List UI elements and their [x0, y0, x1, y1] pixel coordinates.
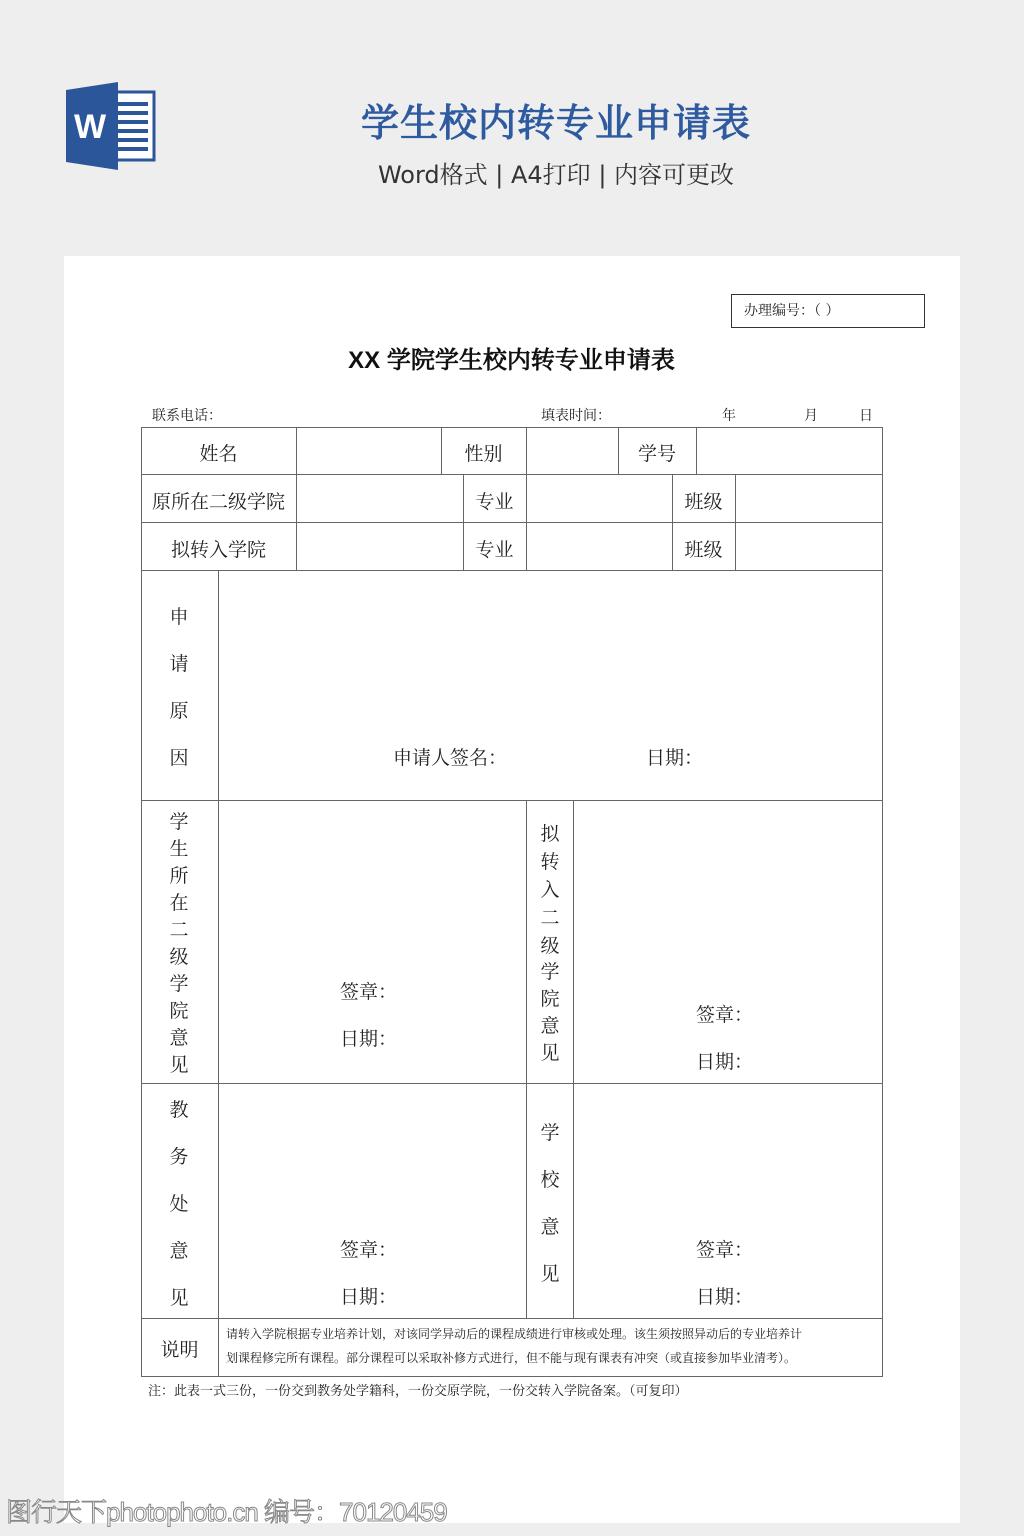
watermark: 图行天下photophoto.cn 编号：70120459: [6, 1492, 447, 1529]
document-title: XX 学院学生校内转专业申请表: [141, 340, 882, 375]
notes-label: 说明: [141, 1335, 218, 1362]
origin-college-label: 原所在二级学院: [141, 487, 296, 514]
student-id-input[interactable]: [697, 428, 882, 474]
name-label: 姓名: [141, 439, 296, 466]
target-major-label: 专业: [463, 535, 526, 562]
day-label: 日: [859, 405, 873, 425]
target-seal-label: 签章：: [696, 1000, 753, 1027]
notes-line-2: 划课程修完所有课程。部分课程可以采取补修方式进行，但不能与现有课表有冲突（或直接…: [226, 1346, 796, 1370]
reason-textarea[interactable]: [219, 571, 882, 800]
gender-label: 性别: [441, 439, 526, 466]
svg-text:W: W: [74, 108, 107, 146]
origin-major-input[interactable]: [527, 475, 672, 522]
origin-major-label: 专业: [463, 487, 526, 514]
target-class-label: 班级: [672, 535, 735, 562]
origin-class-input[interactable]: [736, 475, 882, 522]
fill-time-label: 填表时间：: [541, 405, 611, 425]
notes-line-1: 请转入学院根据专业培养计划，对该同学异动后的课程成绩进行审核或处理。该生须按照异…: [226, 1322, 802, 1346]
target-major-input[interactable]: [527, 523, 672, 570]
origin-seal-label: 签章：: [340, 977, 397, 1004]
student-id-label: 学号: [618, 439, 696, 466]
origin-date-label: 日期：: [340, 1024, 397, 1051]
year-label: 年: [722, 405, 736, 425]
origin-college-input[interactable]: [297, 475, 463, 522]
target-class-input[interactable]: [736, 523, 882, 570]
name-input[interactable]: [297, 428, 441, 474]
school-date-label: 日期：: [696, 1282, 753, 1309]
applicant-signature-label: 申请人签名：: [393, 743, 507, 770]
academic-affairs-date-label: 日期：: [340, 1282, 397, 1309]
page-subtitle: Word格式 | A4打印 | 内容可更改: [300, 155, 812, 190]
reference-number-box[interactable]: 办理编号：（ ）: [731, 294, 925, 328]
target-college-input[interactable]: [297, 523, 463, 570]
footer-note: 注：此表一式三份，一份交到教务处学籍科，一份交原学院，一份交转入学院备案。（可复…: [148, 1380, 688, 1399]
month-label: 月: [804, 405, 818, 425]
word-doc-icon: W: [64, 82, 156, 170]
academic-affairs-seal-label: 签章：: [340, 1235, 397, 1262]
contact-phone-label: 联系电话：: [152, 405, 222, 425]
target-date-label: 日期：: [696, 1047, 753, 1074]
reason-date-label: 日期：: [646, 743, 703, 770]
school-seal-label: 签章：: [696, 1235, 753, 1262]
page-title: 学生校内转专业申请表: [300, 92, 812, 147]
target-opinion-textarea[interactable]: [574, 801, 882, 1083]
gender-input[interactable]: [527, 428, 618, 474]
origin-class-label: 班级: [672, 487, 735, 514]
target-college-label: 拟转入学院: [141, 535, 296, 562]
